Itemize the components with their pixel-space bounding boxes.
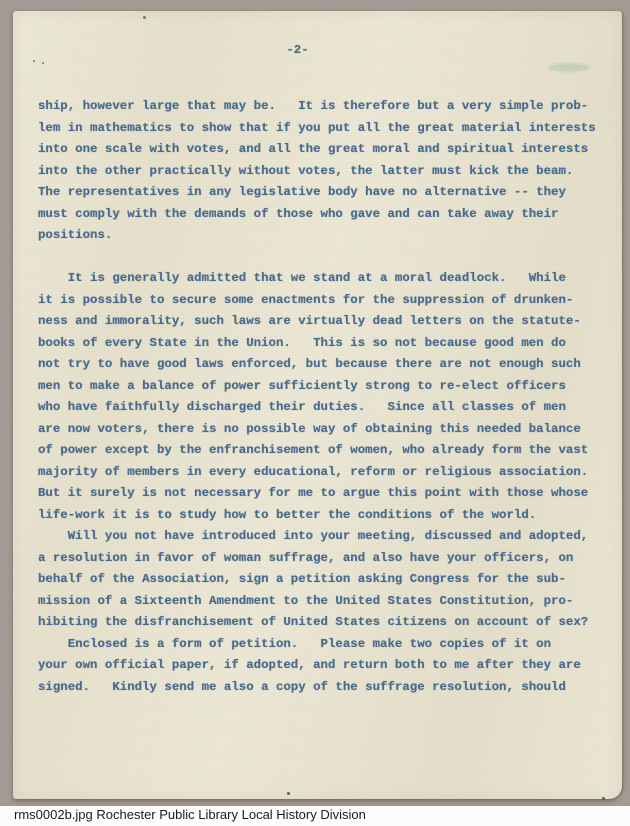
typed-line: not try to have good laws enforced, but … bbox=[38, 354, 616, 376]
typed-line: books of every State in the Union. This … bbox=[38, 333, 616, 355]
typed-line: who have faithfully discharged their dut… bbox=[38, 397, 616, 419]
typed-text-block: ship, however large that may be. It is t… bbox=[38, 96, 616, 698]
typed-line bbox=[38, 247, 616, 269]
typed-line: mission of a Sixteenth Amendment to the … bbox=[38, 591, 616, 613]
typed-line: positions. bbox=[38, 225, 616, 247]
typed-line: must comply with the demands of those wh… bbox=[38, 204, 616, 226]
typed-line: It is generally admitted that we stand a… bbox=[38, 268, 616, 290]
typed-line: majority of members in every educational… bbox=[38, 462, 616, 484]
ink-speck bbox=[33, 60, 35, 62]
page-number: -2- bbox=[13, 43, 582, 57]
ink-speck bbox=[143, 16, 146, 19]
image-caption: rms0002b.jpg Rochester Public Library Lo… bbox=[14, 807, 366, 822]
typed-line: it is possible to secure some enactments… bbox=[38, 290, 616, 312]
typed-line: But it surely is not necessary for me to… bbox=[38, 483, 616, 505]
document-page: -2- ship, however large that may be. It … bbox=[13, 11, 622, 799]
typed-line: ship, however large that may be. It is t… bbox=[38, 96, 616, 118]
typed-line: into the other practically without votes… bbox=[38, 161, 616, 183]
typed-line: lem in mathematics to show that if you p… bbox=[38, 118, 616, 140]
typed-line: hibiting the disfranchisement of United … bbox=[38, 612, 616, 634]
typed-line: The representatives in any legislative b… bbox=[38, 182, 616, 204]
typed-line: of power except by the enfranchisement o… bbox=[38, 440, 616, 462]
typed-line: signed. Kindly send me also a copy of th… bbox=[38, 677, 616, 699]
document-scan: -2- ship, however large that may be. It … bbox=[0, 0, 630, 826]
ink-speck bbox=[602, 797, 605, 800]
typed-line: Enclosed is a form of petition. Please m… bbox=[38, 634, 616, 656]
typed-line: ness and immorality, such laws are virtu… bbox=[38, 311, 616, 333]
typed-line: a resolution in favor of woman suffrage,… bbox=[38, 548, 616, 570]
caption-bar: rms0002b.jpg Rochester Public Library Lo… bbox=[0, 806, 630, 826]
ink-speck bbox=[287, 792, 290, 795]
typed-line: behalf of the Association, sign a petiti… bbox=[38, 569, 616, 591]
typed-line: your own official paper, if adopted, and… bbox=[38, 655, 616, 677]
typed-line: men to make a balance of power sufficien… bbox=[38, 376, 616, 398]
stain-mark bbox=[548, 63, 590, 72]
typed-line: are now voters, there is no possible way… bbox=[38, 419, 616, 441]
typed-line: life-work it is to study how to better t… bbox=[38, 505, 616, 527]
typed-line: Will you not have introduced into your m… bbox=[38, 526, 616, 548]
typed-line: into one scale with votes, and all the g… bbox=[38, 139, 616, 161]
